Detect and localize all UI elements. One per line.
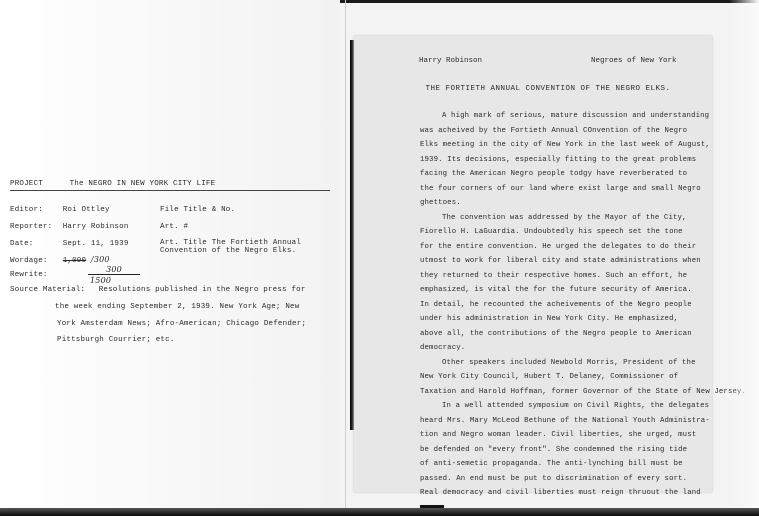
- art-number-label: Art. #: [160, 223, 188, 231]
- body-line: In detail, he recounted the acheivements…: [420, 298, 710, 313]
- art-title-line2: Convention of the Negro Elks.: [160, 247, 296, 255]
- article-body: A high mark of serious, mature discussio…: [420, 109, 710, 515]
- body-line: under his administration in New York Cit…: [420, 312, 710, 327]
- date-field: Date: Sept. 11, 1939: [10, 240, 129, 248]
- source-text: Resolutions published in the Negro press…: [99, 286, 306, 294]
- rewrite-handwritten-top: 300: [88, 265, 140, 275]
- file-title-label: File Title & No.: [160, 206, 235, 214]
- project-value: The NEGRO IN NEW YORK CITY LIFE: [70, 180, 216, 188]
- rewrite-handwritten-total: 1500: [90, 276, 111, 285]
- project-label: PROJECT: [10, 180, 43, 188]
- source-text: Pittsburgh Courrier; etc.: [57, 336, 175, 344]
- scan-right-edge: [729, 0, 759, 516]
- body-line: Elks meeting in the city of New York in …: [420, 138, 710, 153]
- body-line: facing the American Negro people todgy h…: [420, 167, 710, 182]
- body-line: utmost to work for liberal city and stat…: [420, 254, 710, 269]
- body-line: above all, the contributions of the Negr…: [420, 327, 710, 342]
- body-line: heard Mrs. Mary McLeod Bethune of the Na…: [420, 414, 710, 429]
- source-label: Source Material:: [10, 286, 94, 294]
- left-page: PROJECT The NEGRO IN NEW YORK CITY LIFE …: [0, 0, 340, 516]
- body-line: ghettoes.: [420, 196, 710, 211]
- art-title-field: Art. Title The Fortieth Annual Conventio…: [160, 239, 301, 255]
- body-line: for the entire convention. He urged the …: [420, 240, 710, 255]
- body-line: Real democracy and civil liberties must …: [420, 486, 710, 501]
- wordage-field: Wordage: 1,000 /300: [10, 255, 110, 265]
- body-line: 1939. Its decisions, especially fitting …: [420, 153, 710, 168]
- body-line: passed. An end must be put to discrimina…: [420, 472, 710, 487]
- project-line: PROJECT The NEGRO IN NEW YORK CITY LIFE: [10, 180, 330, 191]
- rewrite-field: Rewrite:: [10, 271, 48, 279]
- body-line: tion and Negro woman leader. Civil liber…: [420, 428, 710, 443]
- wordage-struck-value: 1,000: [63, 257, 87, 265]
- reporter-label: Reporter:: [10, 223, 58, 231]
- reporter-value: Harry Robinson: [63, 223, 129, 231]
- body-line: the four corners of our land where exist…: [420, 182, 710, 197]
- editor-field: Editor: Roi Ottley: [10, 206, 110, 214]
- art-title-line1: The Fortieth Annual: [212, 239, 301, 247]
- wordage-label: Wordage:: [10, 257, 58, 265]
- body-line: democracy.: [420, 341, 710, 356]
- source-text: the week ending September 2, 1939. New Y…: [55, 303, 299, 311]
- body-line: emphasized, is vital the for the future …: [420, 283, 710, 298]
- article-title: THE FORTIETH ANNUAL CONVENTION OF THE NE…: [354, 85, 712, 93]
- body-line: In a well attended symposium on Civil Ri…: [420, 399, 710, 414]
- source-text: York Amsterdam News; Afro-American; Chic…: [57, 320, 306, 328]
- scan-bottom-edge: [0, 508, 759, 516]
- page-divider: [345, 0, 346, 516]
- series-header: Negroes of New York: [591, 57, 677, 65]
- body-line: of anti-semetic propaganda. The anti-lyn…: [420, 457, 710, 472]
- rewrite-label: Rewrite:: [10, 271, 48, 279]
- body-line: The convention was addressed by the Mayo…: [420, 211, 710, 226]
- body-line: Fiorello H. LaGuardia. Undoubtedly his s…: [420, 225, 710, 240]
- body-line: A high mark of serious, mature discussio…: [420, 109, 710, 124]
- editor-value: Roi Ottley: [63, 206, 110, 214]
- source-material-line1: Source Material: Resolutions published i…: [10, 286, 306, 294]
- body-line: New York City Council, Hubert T. Delaney…: [420, 370, 710, 385]
- project-info-card: PROJECT The NEGRO IN NEW YORK CITY LIFE …: [0, 170, 340, 310]
- body-line: they returned to their respective homes.…: [420, 269, 710, 284]
- wordage-handwritten: /300: [91, 255, 110, 264]
- reporter-field: Reporter: Harry Robinson: [10, 223, 129, 231]
- body-line: was acheived by the Fortieth Annual COnv…: [420, 124, 710, 139]
- date-label: Date:: [10, 240, 58, 248]
- right-page: Harry Robinson Negroes of New York THE F…: [354, 36, 712, 492]
- author-header: Harry Robinson: [419, 57, 482, 65]
- art-title-label: Art. Title: [160, 239, 207, 247]
- editor-label: Editor:: [10, 206, 58, 214]
- body-line: be defended on "every front". She condem…: [420, 443, 710, 458]
- date-value: Sept. 11, 1939: [63, 240, 129, 248]
- body-line: Other speakers included Newbold Morris, …: [420, 356, 710, 371]
- body-line: Taxation and Harold Hoffman, former Gove…: [420, 385, 710, 400]
